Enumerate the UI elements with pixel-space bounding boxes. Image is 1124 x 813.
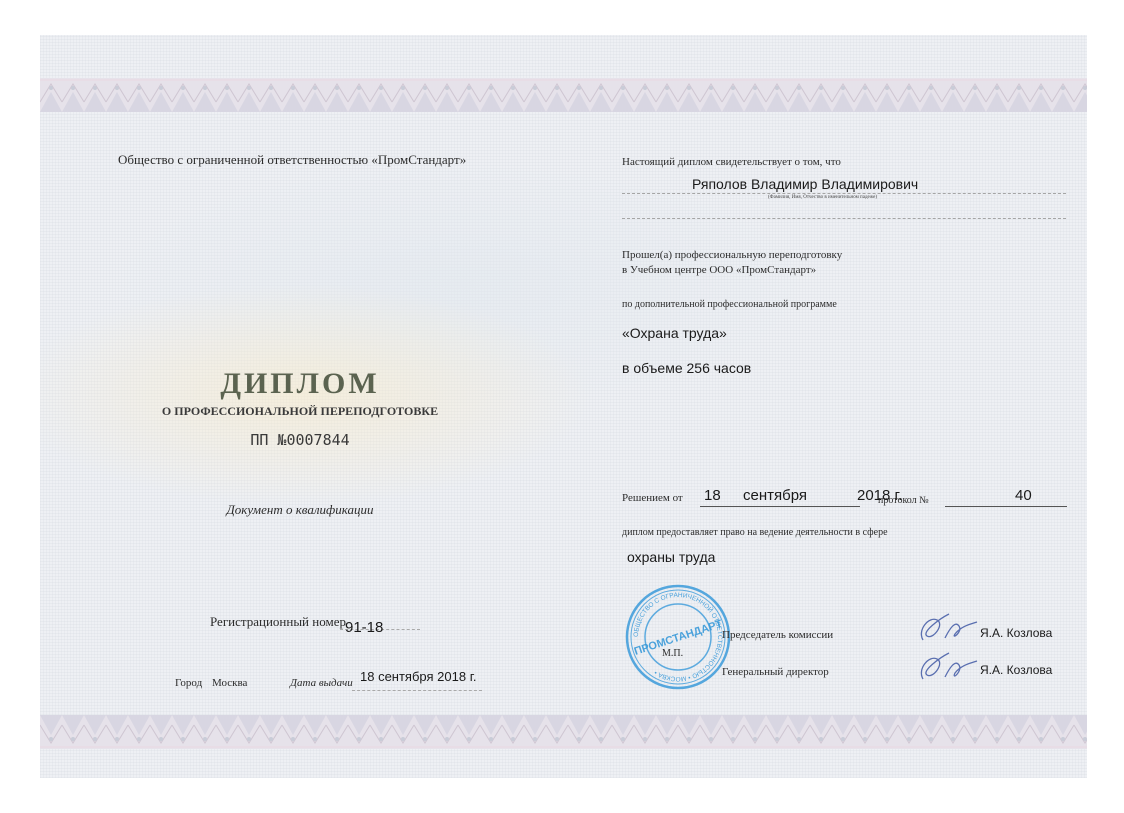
protocol-label: протокол № bbox=[878, 495, 929, 506]
registration-label: Регистрационный номер bbox=[210, 614, 346, 630]
top-guilloche-border bbox=[40, 78, 1087, 112]
signatory-name-director: Я.А. Козлова bbox=[980, 663, 1052, 677]
name-line-2 bbox=[622, 218, 1066, 219]
issue-date-line bbox=[352, 690, 482, 691]
program-volume: в объеме 256 часов bbox=[622, 360, 751, 376]
issue-date-value: 18 сентября 2018 г. bbox=[360, 669, 476, 684]
protocol-line bbox=[945, 506, 1067, 507]
registration-number: 91-18 bbox=[345, 619, 383, 636]
full-name: Ряполов Владимир Владимирович bbox=[692, 176, 918, 192]
signatory-role-director: Генеральный директор bbox=[722, 666, 829, 678]
program-name: «Охрана труда» bbox=[622, 325, 727, 341]
decision-month: сентября bbox=[743, 487, 807, 504]
decision-label: Решением от bbox=[622, 492, 683, 504]
protocol-number: 40 bbox=[1015, 487, 1032, 504]
completed-line-2: в Учебном центре ООО «ПромСтандарт» bbox=[622, 264, 816, 276]
diploma-subtitle: О ПРОФЕССИОНАЛЬНОЙ ПЕРЕПОДГОТОВКЕ bbox=[40, 404, 560, 419]
city-value: Москва bbox=[212, 677, 247, 689]
diploma-title: ДИПЛОМ bbox=[40, 367, 560, 401]
sphere: охраны труда bbox=[627, 549, 715, 565]
company-stamp-icon: ОБЩЕСТВО С ОГРАНИЧЕННОЙ ОТВЕТСТВЕННОСТЬЮ… bbox=[624, 583, 732, 691]
document-type: Документ о квалификации bbox=[40, 502, 560, 518]
diploma-document: Общество с ограниченной ответственностью… bbox=[40, 35, 1087, 778]
signatory-name-chairman: Я.А. Козлова bbox=[980, 626, 1052, 640]
signature-director-icon bbox=[915, 647, 980, 689]
right-text: диплом предоставляет право на ведение де… bbox=[622, 527, 888, 538]
organization-name: Общество с ограниченной ответственностью… bbox=[118, 152, 466, 168]
stamp-label: М.П. bbox=[662, 648, 683, 659]
decision-date-line bbox=[700, 506, 860, 507]
program-label: по дополнительной профессиональной прогр… bbox=[622, 299, 837, 310]
completed-line-1: Прошел(а) профессиональную переподготовк… bbox=[622, 249, 842, 261]
series-number: ПП №0007844 bbox=[40, 431, 560, 449]
signatory-role-chairman: Председатель комиссии bbox=[722, 629, 833, 641]
city-label: Город bbox=[175, 677, 202, 689]
signature-chairman-icon bbox=[915, 610, 980, 650]
issue-date-label: Дата выдачи bbox=[290, 677, 353, 689]
decision-day: 18 bbox=[704, 487, 721, 504]
certifies-text: Настоящий диплом свидетельствует о том, … bbox=[622, 156, 841, 168]
bottom-guilloche-border bbox=[40, 715, 1087, 749]
name-caption: (Фамилия, Имя, Отчество в именительном п… bbox=[768, 195, 877, 200]
name-line bbox=[622, 193, 1066, 194]
